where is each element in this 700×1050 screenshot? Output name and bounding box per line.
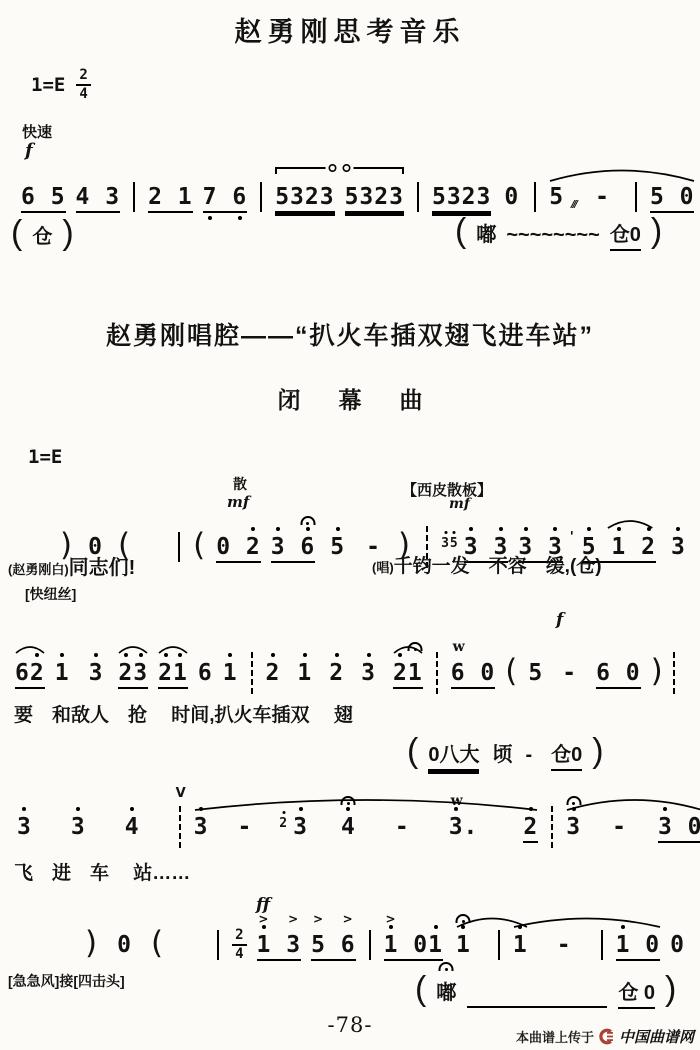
note-token: 4 (125, 814, 140, 840)
barline (417, 182, 419, 212)
note-token: ) (85, 932, 98, 960)
note-token: 5323 (345, 184, 404, 213)
note-token: ~~~~~~~~ (506, 222, 599, 248)
time-signature: 24 (76, 68, 90, 103)
note-token: 3.w (449, 814, 479, 840)
note-token: 62 (15, 660, 45, 689)
speaker-label: (赵勇刚白) (8, 562, 69, 577)
dashed-barline: V (179, 806, 181, 848)
note-token: 1 3>> (257, 932, 302, 961)
note-token: 3 (17, 814, 32, 840)
dashed-barline (551, 806, 553, 848)
note-token: 嘟 (476, 222, 496, 248)
note-token: 顷 (492, 742, 512, 768)
note-token: 6 0 (596, 660, 641, 689)
note-token: - (557, 932, 572, 958)
key-signature-2: 1=E (28, 446, 62, 468)
note-token: ( (193, 534, 206, 562)
free-tempo-annotation: 散 (233, 474, 247, 494)
note-token: 1 (223, 660, 238, 686)
note-token: 3 (361, 660, 376, 686)
note-token: 1 (55, 660, 70, 686)
note-token: - (395, 814, 410, 840)
note-token: 仓 0 (618, 980, 655, 1009)
note-token: 3 0 (658, 814, 700, 843)
dashed-barline (673, 652, 675, 694)
dynamic-marking-mf-1: mf (227, 493, 249, 511)
note-token: ) (665, 980, 676, 1009)
note-token: 6 (198, 660, 213, 686)
note-token: ) (651, 222, 662, 251)
note-token: 2 (329, 660, 344, 686)
note-token: ) (651, 660, 664, 688)
dynamic-marking-f: f (25, 140, 33, 161)
note-token: 0 (117, 932, 132, 958)
note-token: 4 (341, 814, 356, 840)
banshi-annotation: 【西皮散板】 (402, 479, 492, 500)
dashed-barline (436, 652, 438, 694)
note-token: 0八大 (428, 742, 479, 771)
page-title: 赵勇刚思考音乐 (0, 10, 700, 49)
note-token: 3 (194, 814, 209, 840)
note-token: 3 (71, 814, 86, 840)
watermark: 本曲谱上传于 中国曲谱网 (516, 1026, 694, 1047)
note-token: 1 0 (616, 932, 661, 961)
dashed-barline (251, 652, 253, 694)
note-token: 3 (671, 534, 686, 560)
lyric-line-3: 飞 进 车 站…… (14, 858, 190, 885)
note-token: 2 1 (148, 184, 193, 213)
note-token: 嘟 (436, 980, 456, 1006)
note-token: ( (151, 932, 164, 960)
note-token: 2 (279, 814, 288, 832)
barline (498, 930, 500, 960)
percussion-line-1-right: (嘟~~~~~~~~仓0) (450, 208, 667, 276)
barline (178, 532, 180, 562)
barline (601, 930, 603, 960)
section-subtitle: 闭幕曲 (0, 382, 700, 415)
note-token: - (237, 814, 252, 840)
note-token: 1 (456, 932, 471, 958)
note-token: 0 (504, 184, 519, 210)
note-token: ( (415, 980, 426, 1009)
note-token: 5 (330, 534, 345, 560)
note-token: 1 01> (384, 932, 443, 961)
watermark-prefix: 本曲谱上传于 (516, 1027, 594, 1046)
percussion-line-1-left: (仓) (6, 210, 79, 278)
note-token: 5323 (275, 184, 334, 213)
lyric-line-1: (唱)千钧一发 不容 缓,(仓) (372, 551, 602, 578)
note-token: 21 (393, 660, 423, 689)
note-token: 35 (441, 534, 459, 552)
percussion-pattern-label: [快纽丝] (25, 584, 76, 604)
time-signature: 24 (232, 928, 246, 963)
note-token: ( (407, 742, 418, 771)
note-token: - (595, 184, 610, 210)
note-token: 仓0 (610, 222, 641, 251)
note-token: ) (592, 742, 603, 771)
note-token: 3 (89, 660, 104, 686)
section-title: 赵勇刚唱腔——“扒火车插双翅飞进车站” (0, 316, 700, 352)
note-token: ( (455, 222, 466, 251)
extension-line (467, 1006, 607, 1008)
note-token: ( (505, 660, 518, 688)
note-token: 2 (266, 660, 281, 686)
note-token: 1 (297, 660, 312, 686)
note-token: 1 (513, 932, 528, 958)
note-token: - (525, 742, 532, 768)
note-token: 仓 (32, 224, 52, 250)
note-token: 5 6>> (311, 932, 356, 961)
note-token: 5 (528, 660, 543, 686)
spoken-line: (赵勇刚白)同志们! (8, 551, 135, 580)
note-token: 0 2 (216, 534, 261, 563)
note-token: 5/// (549, 184, 564, 210)
percussion-pattern-label-2: [急急风]接[四击头] (8, 971, 125, 991)
barline (133, 182, 135, 212)
note-token: 仓0 (551, 742, 582, 771)
note-token: 7 6 (203, 184, 248, 213)
watermark-site-name: 中国曲谱网 (619, 1026, 694, 1047)
note-token: 3 6 (271, 534, 316, 563)
note-token: - (562, 660, 577, 686)
note-token: 23 (118, 660, 148, 689)
tempo-marking: 快速 (22, 121, 52, 142)
note-token: 6 5 (21, 184, 66, 213)
note-token: - (612, 814, 627, 840)
note-token: 3 (293, 814, 308, 840)
note-token: 3 (566, 814, 581, 840)
note-token: 21 (158, 660, 188, 689)
note-token: 6 0w (451, 660, 496, 689)
barline (369, 930, 371, 960)
note-token: ( (11, 224, 22, 253)
note-token: 4 3 (76, 184, 121, 213)
note-token: 2 (523, 814, 538, 843)
lyric-line-2: 要 和敌人 抢 时间,扒火车插双 翅 (14, 700, 353, 727)
note-token: 0 (670, 932, 685, 958)
percussion-line-2: (0八大顷-仓0) (402, 728, 609, 796)
spoken-text: 同志们! (69, 557, 136, 579)
site-logo-icon (598, 1028, 615, 1045)
note-token: 1=E (31, 72, 65, 98)
barline (260, 182, 262, 212)
dynamic-marking-f-2: f (556, 610, 563, 630)
lyric-text-1: 千钧一发 不容 缓,(仓) (394, 556, 602, 577)
note-token: ) (62, 224, 73, 253)
barline (217, 930, 219, 960)
sing-prefix: (唱) (372, 560, 394, 575)
